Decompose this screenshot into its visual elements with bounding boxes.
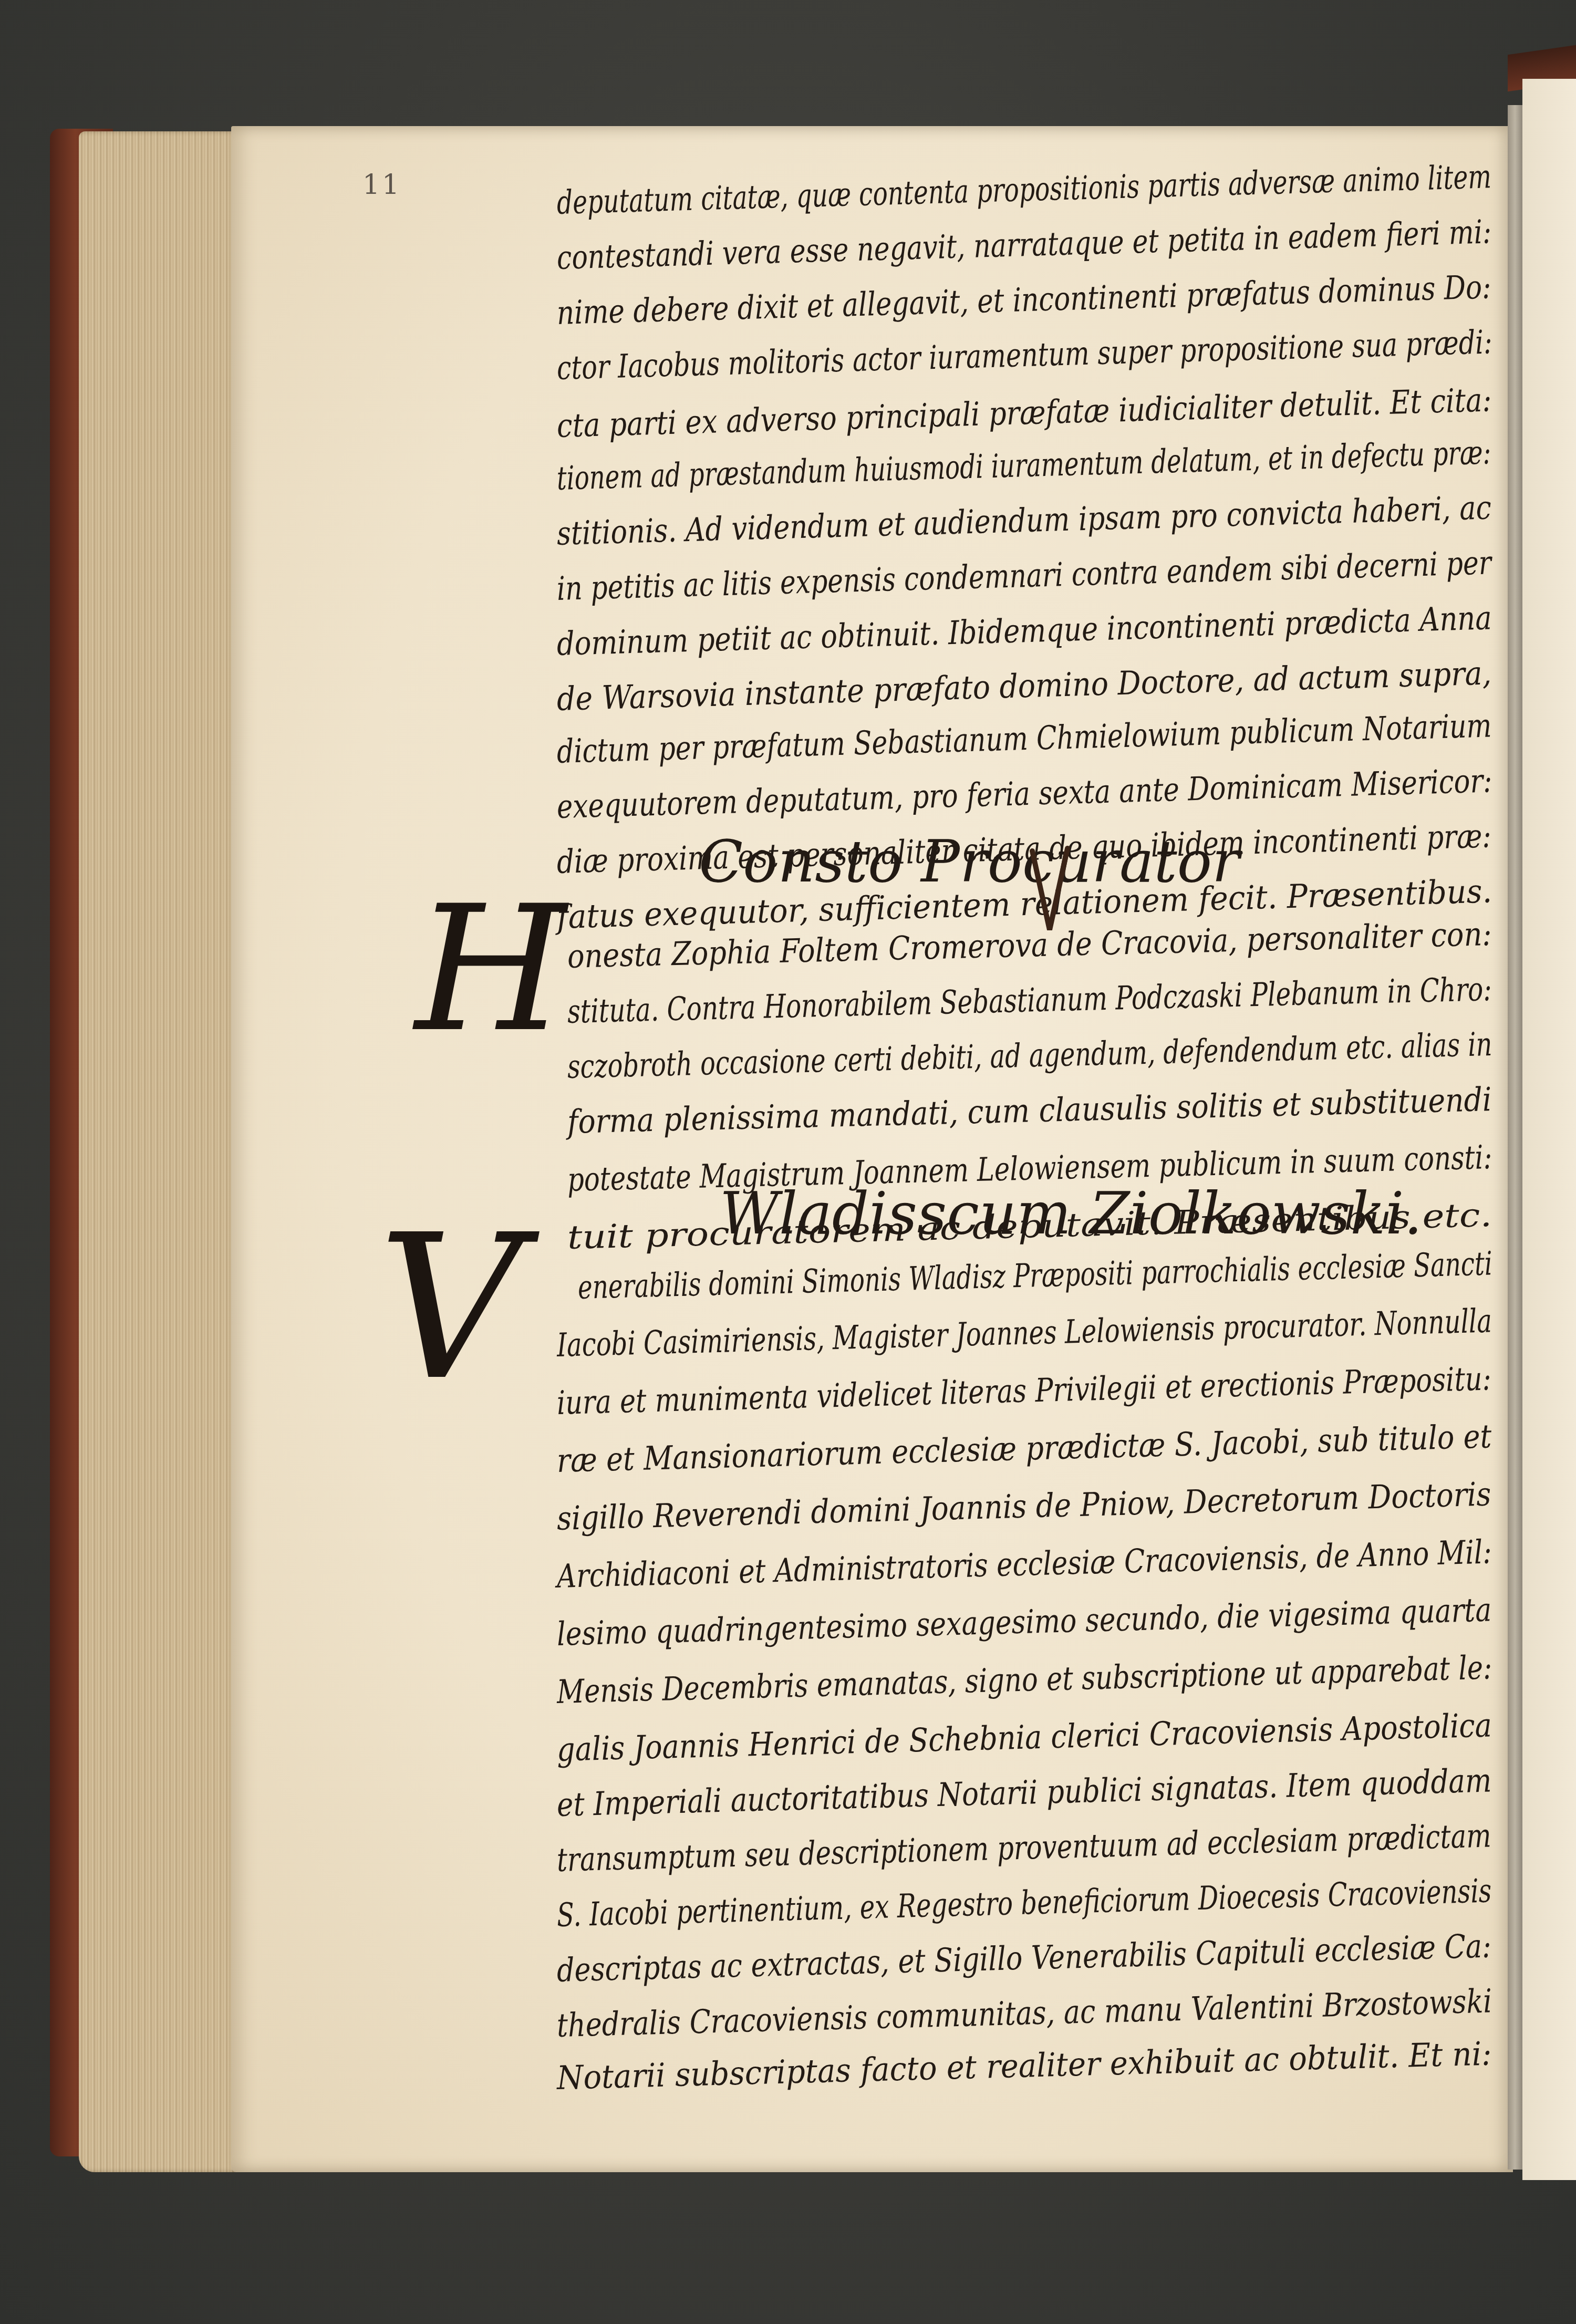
folio-number: 11 xyxy=(362,169,401,201)
decorated-initial: H xyxy=(415,883,566,1056)
margin-check-mark-icon xyxy=(1030,846,1072,935)
facing-page xyxy=(1522,79,1576,2180)
page-block-edge xyxy=(79,131,236,2172)
decorated-initial: V xyxy=(378,1208,522,1408)
book-gutter xyxy=(1508,105,1522,2170)
section-heading: Consto Procurator xyxy=(699,833,1240,890)
section-heading: Wladisscum Ziolkowski. xyxy=(720,1185,1422,1242)
